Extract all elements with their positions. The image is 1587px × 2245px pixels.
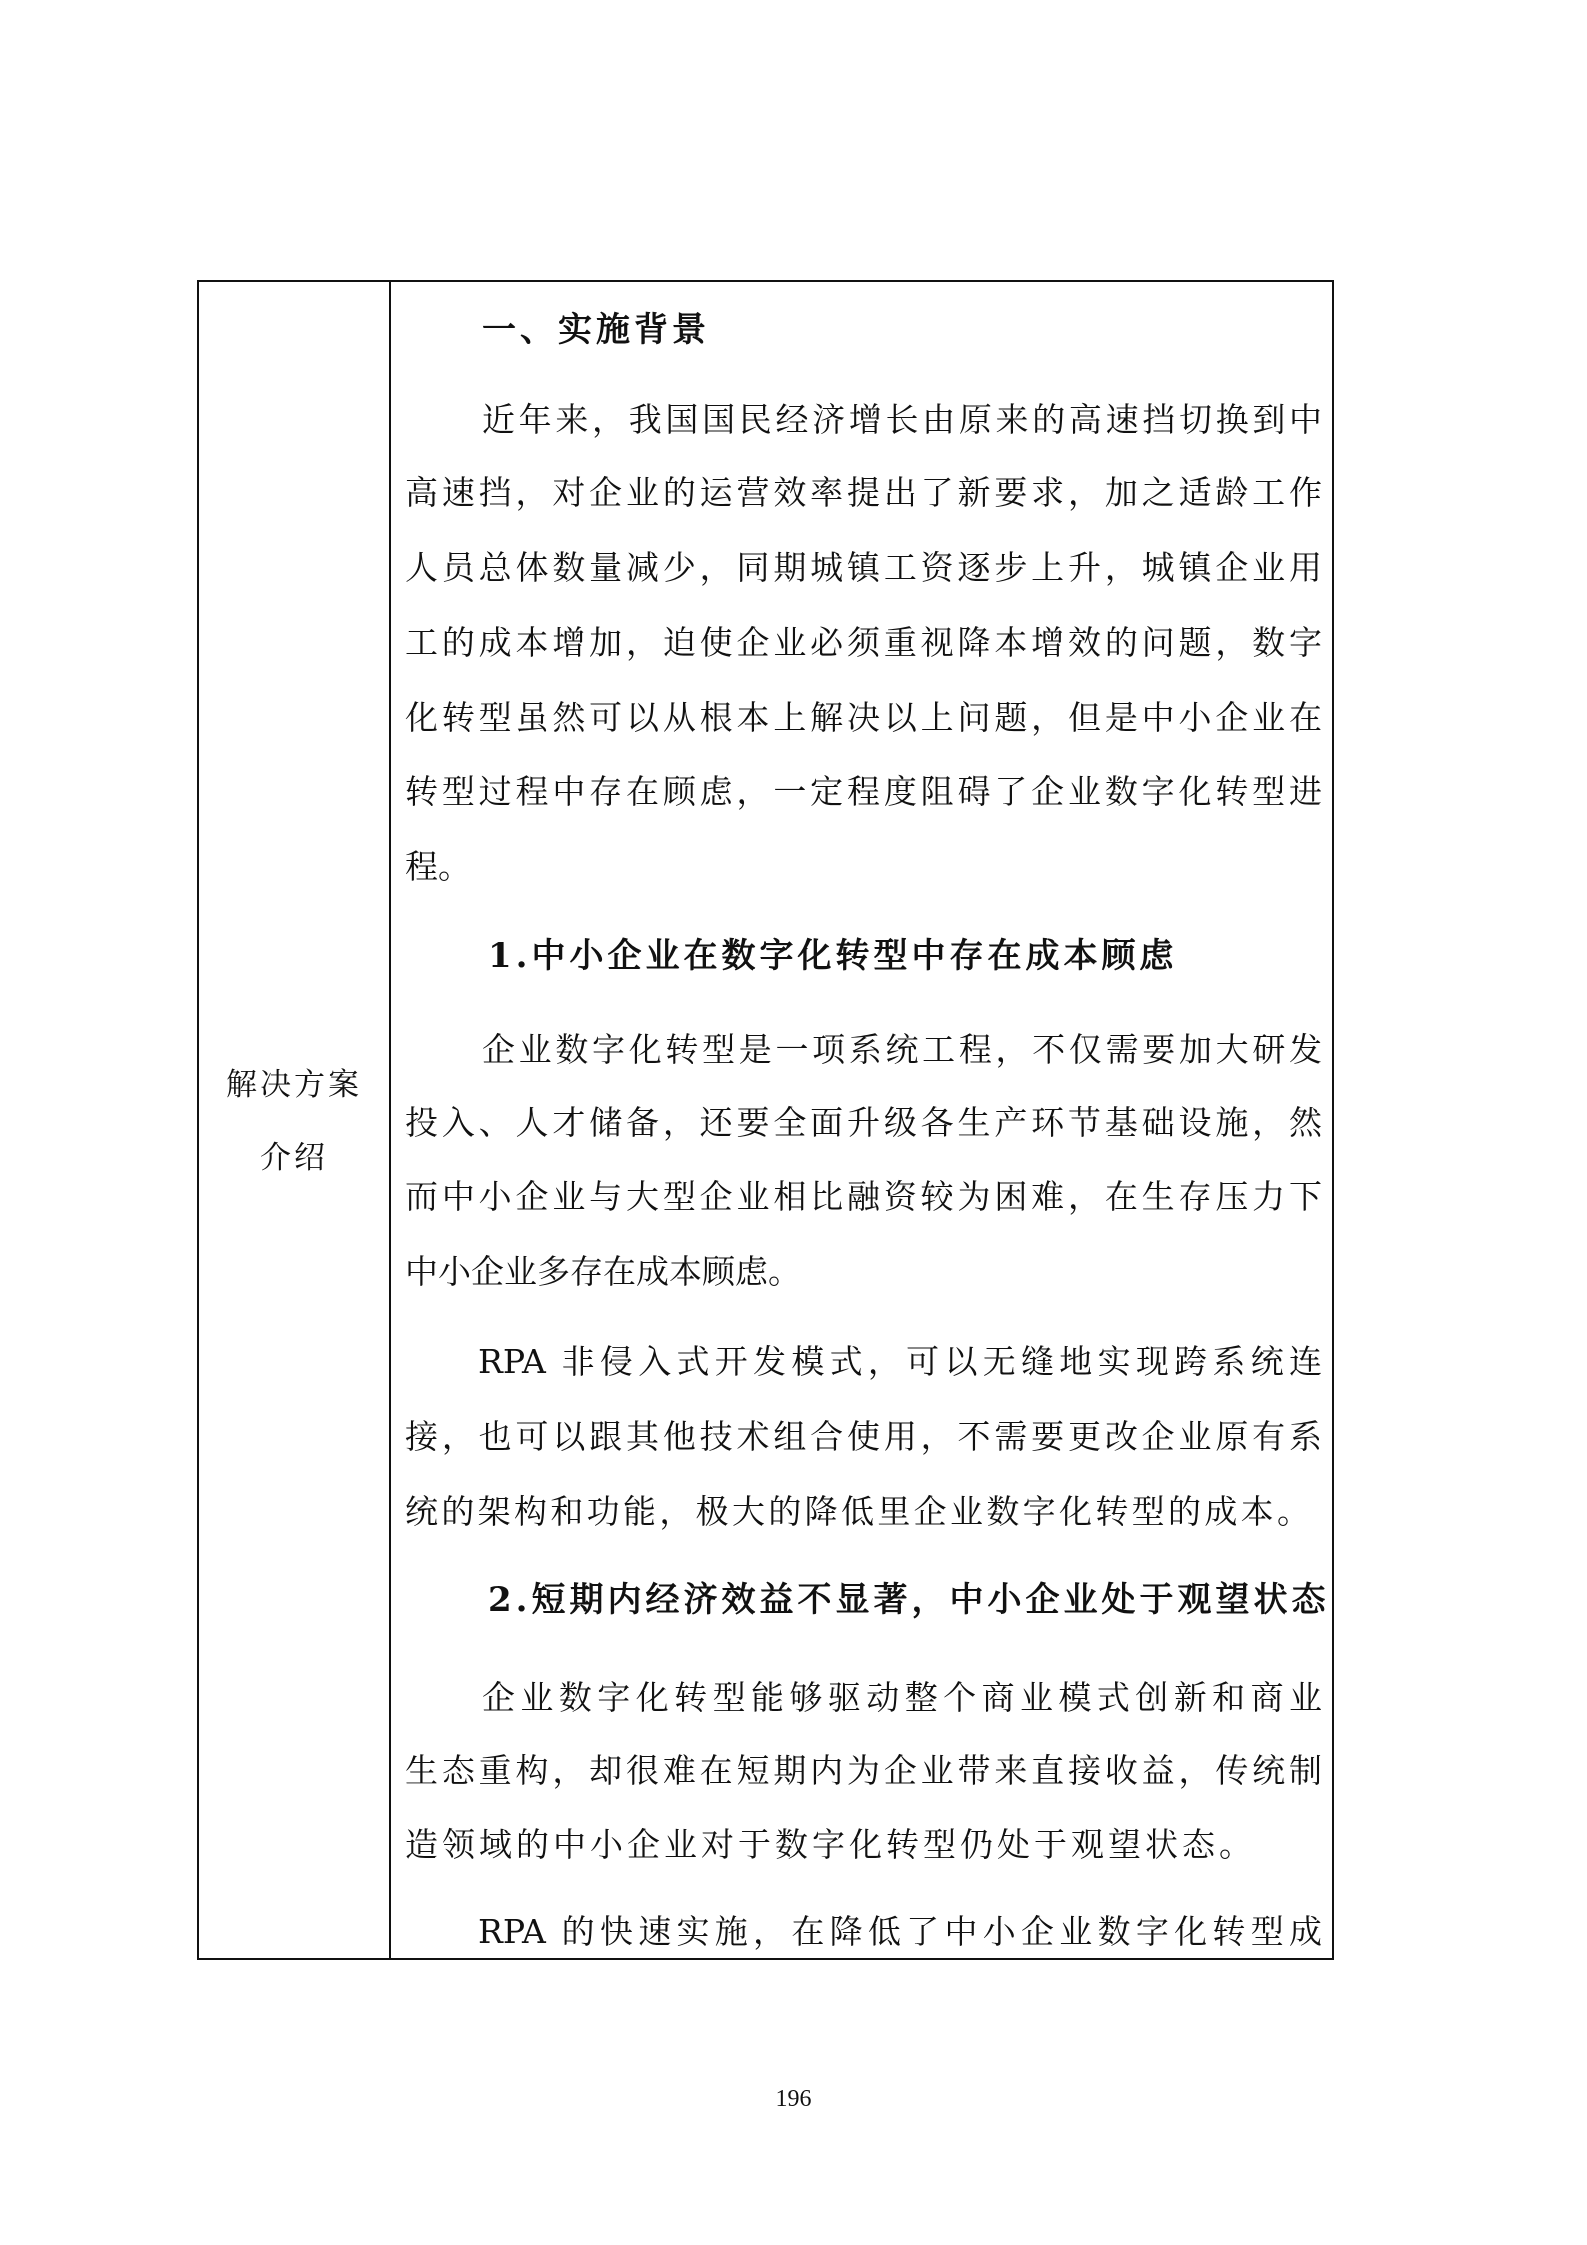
paragraph-line: 高速挡，对企业的运营效率提出了新要求，加之适龄工作 [405,471,1322,515]
paragraph-line: 中小企业多存在成本顾虑。 [405,1250,801,1294]
label-line-1: 解决方案 [199,1065,389,1105]
paragraph-line: 工的成本增加，迫使企业必须重视降本增效的问题，数字 [405,621,1322,665]
paragraph-line: 企业数字化转型能够驱动整个商业模式创新和商业 [482,1676,1322,1720]
paragraph-line: 转型过程中存在顾虑，一定程度阻碍了企业数字化转型进 [405,770,1322,814]
paragraph-line: 近年来，我国国民经济增长由原来的高速挡切换到中 [482,398,1322,442]
paragraph-line: RPA 的快速实施，在降低了中小企业数字化转型成 [478,1910,1322,1954]
section-heading-background: 一、实施背景 [482,308,710,352]
label-line-2: 介绍 [199,1138,389,1178]
subheading-wait-and-see: 2.短期内经济效益不显著，中小企业处于观望状态 [488,1578,1330,1622]
paragraph-line: 生态重构，却很难在短期内为企业带来直接收益，传统制 [405,1749,1322,1793]
subheading-cost-concern: 1.中小企业在数字化转型中存在成本顾虑 [488,934,1178,978]
paragraph-line: 造领域的中小企业对于数字化转型仍处于观望状态。 [405,1823,1256,1867]
paragraph-line: 化转型虽然可以从根本上解决以上问题，但是中小企业在 [405,696,1322,740]
paragraph-line: RPA 非侵入式开发模式，可以无缝地实现跨系统连 [478,1340,1322,1384]
paragraph-line: 程。 [405,845,471,889]
label-cell: 解决方案 介绍 [199,282,389,1958]
paragraph-line: 投入、人才储备，还要全面升级各生产环节基础设施，然 [405,1101,1322,1145]
paragraph-line: 而中小企业与大型企业相比融资较为困难，在生存压力下 [405,1175,1322,1219]
paragraph-line: 接，也可以跟其他技术组合使用，不需要更改企业原有系 [405,1415,1322,1459]
paragraph-line: 统的架构和功能，极大的降低里企业数字化转型的成本。 [405,1490,1310,1534]
paragraph-line: 人员总体数量减少，同期城镇工资逐步上升，城镇企业用 [405,546,1322,590]
paragraph-line: 企业数字化转型是一项系统工程，不仅需要加大研发 [482,1028,1322,1072]
column-divider [389,282,391,1958]
page-number: 196 [0,2086,1587,2113]
